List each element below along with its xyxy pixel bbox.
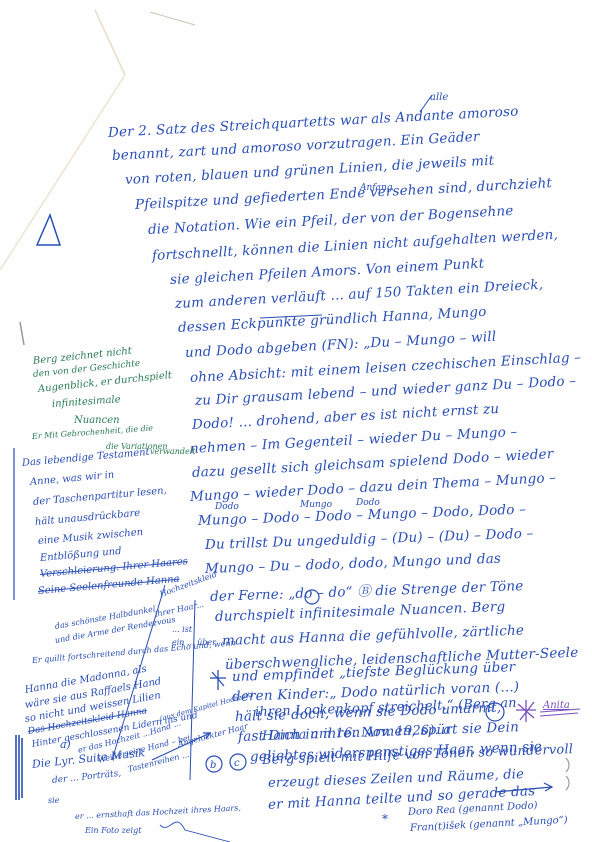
triangle-icon	[37, 215, 60, 245]
asterisk-icon	[210, 670, 226, 690]
circled-c-icon: c	[234, 758, 240, 769]
circled-b-icon: b	[210, 760, 216, 771]
purple-asterisk-icon	[516, 700, 536, 722]
